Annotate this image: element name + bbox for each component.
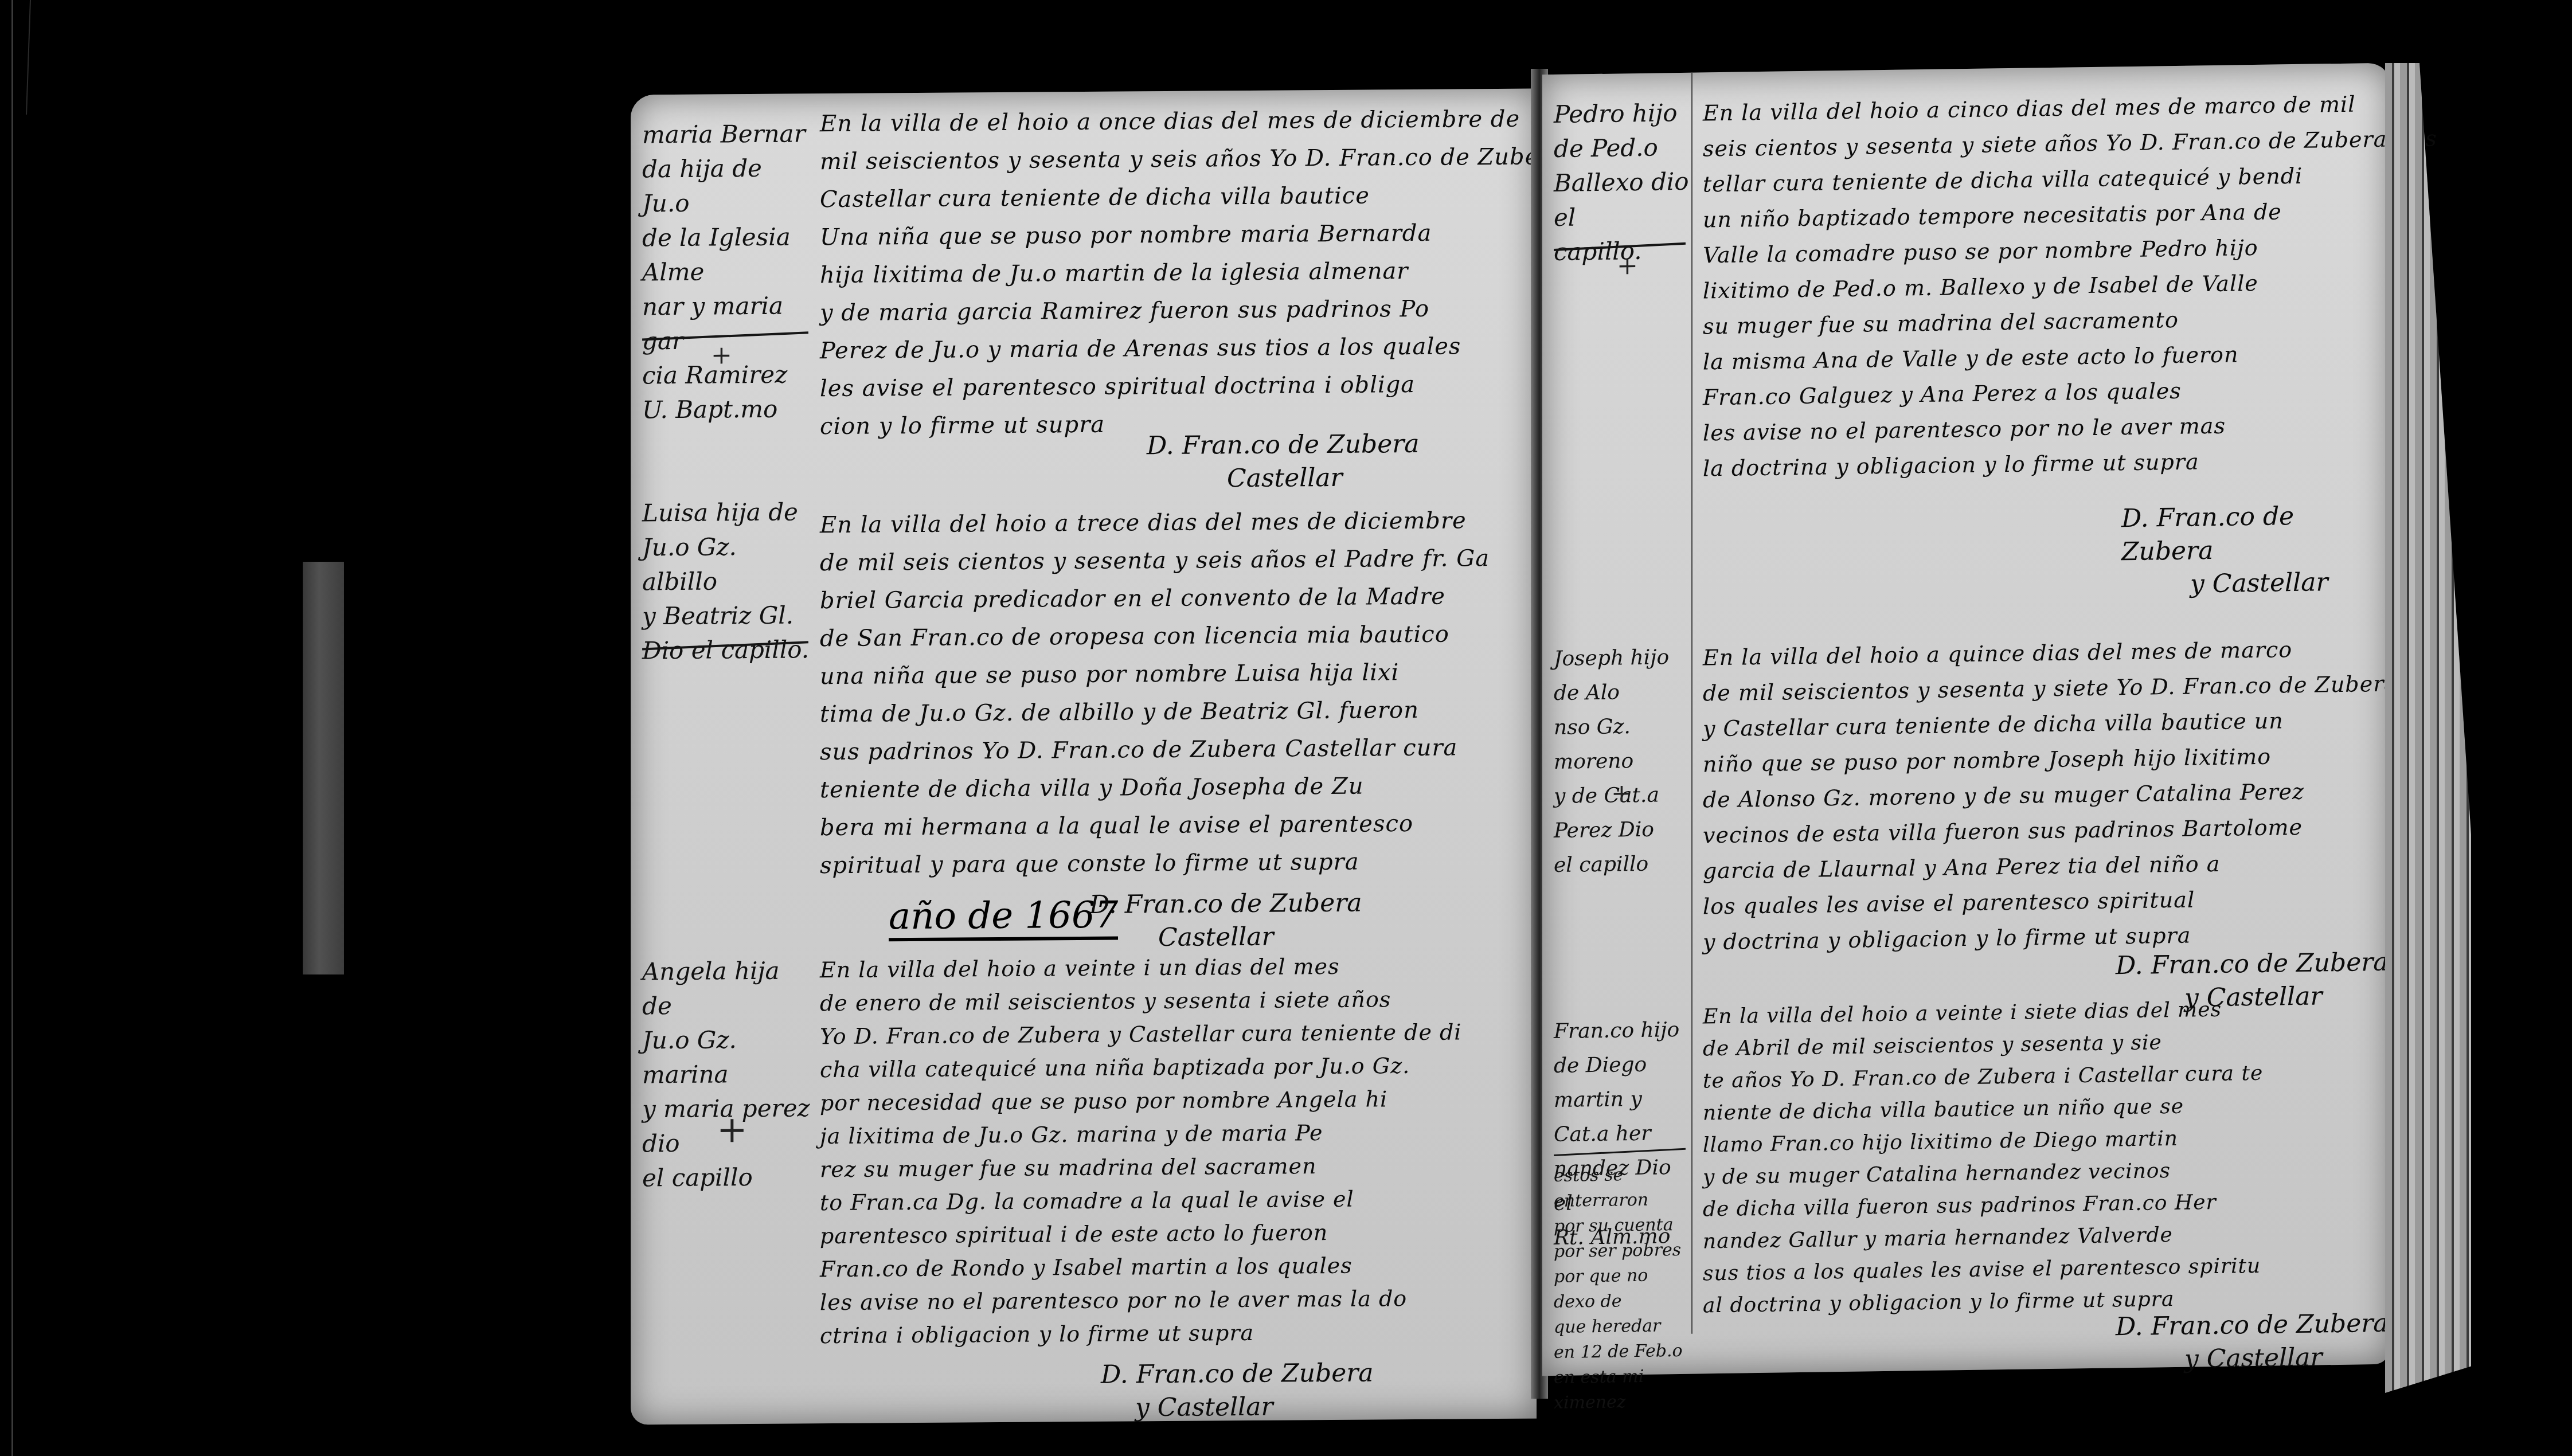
- signature-right-1: D. Fran.co de Zubera y Castellar: [2121, 499, 2391, 602]
- right-entry-2-text: En la villa del hoio a quince dias del m…: [1703, 630, 2398, 960]
- cross-mark: +: [1611, 778, 1632, 808]
- margin-line: Ballexo dio el: [1554, 165, 1691, 235]
- margin-line: da hija de Ju.o: [642, 151, 814, 221]
- entry-line: Una niña que se puso por nombre maria Be…: [820, 213, 1565, 256]
- margin-note-right-2: Joseph hijo de Alo nso Gz. moreno y de C…: [1554, 640, 1691, 883]
- signature-line: y Castellar: [1101, 1390, 1374, 1424]
- margin-line: nso Gz. moreno: [1554, 709, 1691, 780]
- margin-line: Angela hija de: [642, 953, 814, 1023]
- entry-line: sus padrinos Yo D. Fran.co de Zubera Cas…: [820, 729, 1490, 771]
- margin-line: Ju.o Gz. marina: [642, 1022, 814, 1092]
- signature-entry-2: D. Fran.co de Zubera Castellar: [1089, 887, 1362, 955]
- entry-line: les avise el parentesco spiritual doctri…: [820, 365, 1565, 408]
- margin-line: el capillo: [1554, 847, 1691, 883]
- margin-note-entry-1: maria Bernar da hija de Ju.o de la Igles…: [642, 116, 814, 427]
- margin-line: Fran.co hijo de Diego: [1554, 1013, 1691, 1083]
- side-note-line: en esta mi ximenez: [1554, 1364, 1691, 1416]
- margin-line: U. Bapt.mo: [642, 392, 814, 427]
- signature-entry-1: D. Fran.co de Zubera Castellar: [1147, 428, 1420, 496]
- margin-rule: [1691, 73, 1692, 1334]
- margin-line: y Beatriz Gl.: [642, 598, 814, 633]
- signature-line: D. Fran.co de Zubera: [2116, 946, 2389, 983]
- entry-line: y de maria garcia Ramirez fueron sus pad…: [820, 289, 1565, 332]
- entry-line: Fran.co de Rondo y Isabel martin a los q…: [820, 1248, 1461, 1286]
- margin-line: el capillo: [642, 1160, 814, 1195]
- binding-stub: [303, 562, 344, 974]
- side-note-line: por que no dexo de: [1554, 1263, 1691, 1315]
- entry-line: parentesco spiritual i de este acto lo f…: [820, 1215, 1461, 1253]
- right-entry-1-text: En la villa del hoio a cinco dias del me…: [1703, 85, 2437, 487]
- side-note-line: por ser pobres: [1554, 1238, 1691, 1265]
- entry-1-text: En la villa de el hoio a once dias del m…: [820, 100, 1565, 445]
- cross-mark: +: [711, 340, 732, 370]
- margin-line: Joseph hijo de Alo: [1554, 640, 1691, 711]
- entry-line: En la villa del hoio a veinte i un dias …: [820, 949, 1461, 987]
- entry-line: Castellar cura teniente de dicha villa b…: [820, 175, 1565, 218]
- side-note-line: que heredar: [1554, 1313, 1691, 1340]
- side-note-line: estos se enterraron: [1554, 1162, 1691, 1214]
- signature-line: D. Fran.co de Zubera: [1089, 887, 1362, 922]
- side-note-line: en 12 de Feb.o: [1554, 1338, 1691, 1365]
- entry-line: tima de Ju.o Gz. de albillo y de Beatriz…: [820, 691, 1490, 733]
- burial-side-note: estos se enterraron por su cuenta por se…: [1554, 1162, 1691, 1416]
- margin-line: Ju.o Gz. albillo: [642, 529, 814, 599]
- signature-line: y Castellar: [2116, 1340, 2389, 1377]
- entry-line: Perez de Ju.o y maria de Arenas sus tios…: [820, 327, 1565, 370]
- entry-line: les avise no el parentesco por no le ave…: [820, 1281, 1461, 1319]
- entry-line: por necesidad que se puso por nombre Ang…: [820, 1082, 1461, 1120]
- entry-line: de San Fran.co de oropesa con licencia m…: [820, 615, 1490, 657]
- entry-line: cha villa catequicé una niña baptizada p…: [820, 1048, 1461, 1086]
- entry-line: bera mi hermana a la qual le avise el pa…: [820, 804, 1490, 847]
- entry-line: de mil seis cientos y sesenta y seis año…: [820, 539, 1490, 582]
- entry-line: briel Garcia predicador en el convento d…: [820, 577, 1490, 620]
- margin-line: martin y Cat.a her: [1554, 1082, 1691, 1152]
- signature-line: D. Fran.co de Zubera: [2121, 499, 2391, 569]
- entry-line: En la villa de el hoio a once dias del m…: [820, 100, 1565, 143]
- cross-mark: +: [1617, 251, 1638, 281]
- register-book: maria Bernar da hija de Ju.o de la Igles…: [631, 57, 2465, 1422]
- entry-2-text: En la villa del hoio a trece dias del me…: [820, 502, 1490, 884]
- entry-line: teniente de dicha villa y Doña Josepha d…: [820, 766, 1490, 809]
- entry-line: ja lixitima de Ju.o Gz. marina y de mari…: [820, 1115, 1461, 1153]
- entry-line: mil seiscientos y sesenta y seis años Yo…: [820, 138, 1565, 181]
- side-note-line: por su cuenta: [1554, 1212, 1691, 1239]
- entry-3-text: En la villa del hoio a veinte i un dias …: [820, 949, 1461, 1352]
- left-page: maria Bernar da hija de Ju.o de la Igles…: [631, 88, 1537, 1424]
- entry-line: rez su muger fue su madrina del sacramen: [820, 1148, 1461, 1186]
- margin-line: de la Iglesia Alme: [642, 220, 814, 289]
- film-edge-line: [11, 0, 13, 1456]
- margin-line: Dio el capillo.: [642, 632, 814, 668]
- film-fiber: [26, 0, 31, 115]
- signature-line: Castellar: [1147, 461, 1420, 496]
- entry-line: hija lixitima de Ju.o martin de la igles…: [820, 251, 1565, 294]
- right-page: Pedro hijo de Ped.o Ballexo dio el capil…: [1542, 63, 2391, 1376]
- margin-line: Luisa hija de: [642, 495, 814, 530]
- entry-line: una niña que se puso por nombre Luisa hi…: [820, 653, 1490, 695]
- year-heading: año de 1667: [889, 894, 1118, 942]
- signature-line: D. Fran.co de Zubera: [1147, 428, 1420, 463]
- signature-line: D. Fran.co de Zubera: [2116, 1307, 2389, 1344]
- right-entry-3-text: En la villa del hoio a veinte i siete di…: [1703, 993, 2263, 1322]
- margin-line: maria Bernar: [642, 116, 814, 152]
- page-edges-stack: [2385, 63, 2471, 1393]
- entry-line: Yo D. Fran.co de Zubera y Castellar cura…: [820, 1015, 1461, 1053]
- signature-entry-3: D. Fran.co de Zubera y Castellar: [1101, 1356, 1374, 1424]
- entry-line: ctrina i obligacion y lo firme ut supra: [820, 1314, 1461, 1352]
- entry-line: de enero de mil seiscientos y sesenta i …: [820, 982, 1461, 1020]
- cross-mark: +: [717, 1109, 748, 1151]
- margin-line: Pedro hijo de Ped.o: [1554, 96, 1691, 166]
- entry-line: to Fran.ca Dg. la comadre a la qual le a…: [820, 1181, 1461, 1219]
- signature-right-3: D. Fran.co de Zubera y Castellar: [2116, 1307, 2389, 1377]
- margin-note-entry-3: Angela hija de Ju.o Gz. marina y maria p…: [642, 953, 814, 1195]
- entry-line: En la villa del hoio a trece dias del me…: [820, 502, 1490, 544]
- signature-line: y Castellar: [2121, 565, 2391, 602]
- entry-line: spiritual y para que conste lo firme ut …: [820, 842, 1490, 884]
- signature-line: D. Fran.co de Zubera: [1101, 1356, 1374, 1391]
